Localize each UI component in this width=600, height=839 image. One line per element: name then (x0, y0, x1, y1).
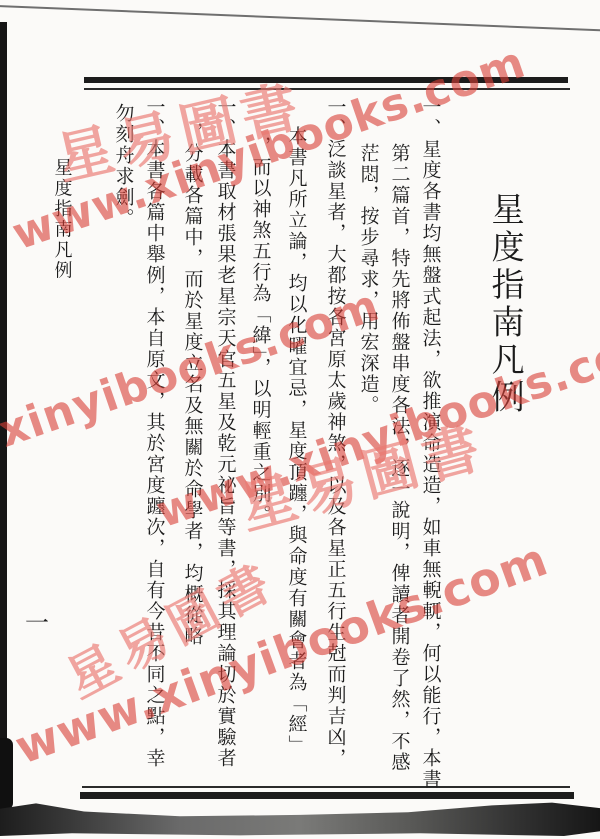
page-title: 星度指南凡例 (486, 192, 522, 417)
scan-bottom-shadow (0, 802, 600, 836)
watermark-brand-text: 星易圖書 (52, 541, 287, 712)
top-rule-thin (84, 88, 570, 90)
scanned-book-page: 星度指南凡例 星度指南凡例 一 一、星度各書均無盤式起法，欲推演命造造，如車無輗… (0, 0, 600, 839)
text-column: 一、星度各書均無盤式起法，欲推演命造造，如車無輗軏，何以能行，本書 (419, 97, 440, 790)
text-column: ，而以神煞五行為「緯」，以明輕重之別。 (249, 136, 270, 526)
text-column: 勿刻舟求劍。 (112, 103, 133, 229)
bottom-rule-thick (80, 792, 574, 799)
text-column: 茫悶，按步尋求，用宏深造。 (357, 143, 378, 416)
page-number: 一 (25, 603, 49, 638)
text-column: 一、本書取材張果老星宗天官五星及乾元祕旨等書，採其理論切於實驗者 (214, 97, 235, 769)
text-column: ，分載各篇中，而於星度立名及無關於命學者，均概從略 (181, 122, 202, 647)
text-column: 一、本書各篇中舉例，本自原文，其於宮度躔次，自有今昔不同之點，幸 (143, 97, 164, 769)
scan-crease-line (0, 5, 600, 32)
margin-running-title: 星度指南凡例 (52, 158, 71, 281)
scan-edge-bar (0, 22, 7, 808)
text-column: 第二篇首，特先將佈盤串度各法，逐一說明，俾讀者開卷了然，不感 (388, 143, 409, 773)
top-rule-thick (84, 77, 568, 83)
text-column: 一、泛談星者，大都按各宮原太歲神煞，以及各星正五行生尅而判吉凶， (324, 97, 345, 769)
watermark-url-text: www.xinyibooks.com (8, 532, 555, 775)
text-column: 本書凡所立論，均以化曜宜忌，星度頂躔，與命度有關會者為「經」 (285, 126, 306, 756)
scan-edge-smudge (0, 738, 13, 810)
bottom-rule-thin (82, 786, 570, 788)
